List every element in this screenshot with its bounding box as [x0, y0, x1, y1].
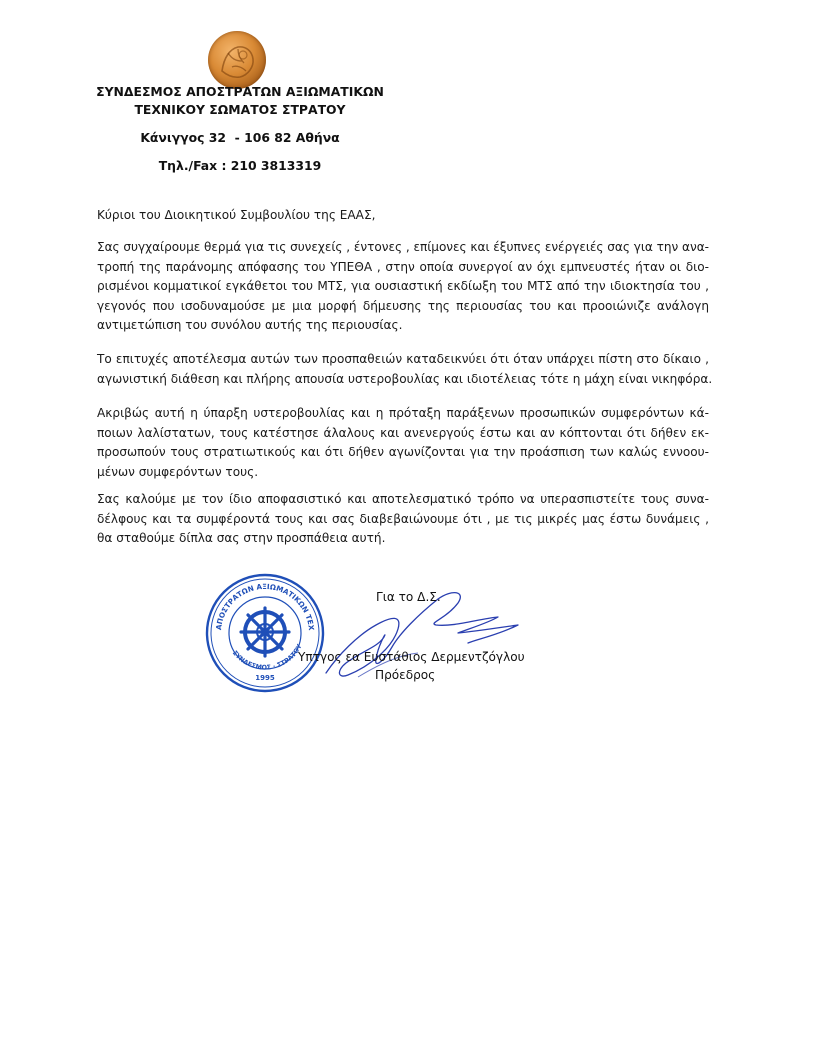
- paragraph-line: τροπή της παράνομης απόφασης του ΥΠΕΘΑ ,…: [97, 258, 709, 278]
- signatory-title: Πρόεδρος: [375, 668, 435, 682]
- gold-medallion-emblem-icon: [208, 31, 266, 89]
- paragraph-line: θα σταθούμε δίπλα σας στην προσπάθεια αυ…: [97, 529, 709, 549]
- letter-paragraph-1: Σας συγχαίρουμε θερμά για τις συνεχείς ,…: [97, 238, 709, 336]
- letter-greeting: Κύριοι του Διοικητικού Συμβουλίου της ΕΑ…: [97, 206, 709, 226]
- paragraph-line: μένων συμφερόντων τους.: [97, 463, 709, 483]
- letter-paragraph-4: Σας καλούμε με τον ίδιο αποφασιστικό και…: [97, 490, 709, 549]
- paragraph-line: αγωνιστική διάθεση και πλήρης απουσία υσ…: [97, 370, 709, 390]
- paragraph-line: προσωπούν τους στρατιωτικούς και ότι δήθ…: [97, 443, 709, 463]
- signatory-name: Υπτγος εα Ευστάθιος Δερμεντζόγλου: [298, 650, 525, 664]
- organization-address: Κάνιγγος 32 - 106 82 Αθήνα: [80, 130, 400, 145]
- paragraph-line: ποιων λαλίστατων, τους κατέστησε άλαλους…: [97, 424, 709, 444]
- paragraph-line: Ακριβώς αυτή η ύπαρξη υστεροβουλίας και …: [97, 404, 709, 424]
- paragraph-line: ρισμένοι κομματικοί εγκάθετοι του ΜΤΣ, γ…: [97, 277, 709, 297]
- organization-name-line1: ΣΥΝΔΕΣΜΟΣ ΑΠΟΣΤΡΑΤΩΝ ΑΞΙΩΜΑΤΙΚΩΝ: [80, 84, 400, 99]
- letter-paragraph-2: Το επιτυχές αποτέλεσμα αυτών των προσπαθ…: [97, 350, 709, 389]
- letter-page: ΣΥΝΔΕΣΜΟΣ ΑΠΟΣΤΡΑΤΩΝ ΑΞΙΩΜΑΤΙΚΩΝ ΤΕΧΝΙΚΟ…: [0, 0, 816, 1056]
- paragraph-line: αντιμετώπιση του συνόλου αυτής της περιο…: [97, 316, 709, 336]
- svg-text:ΣΥΝΔΕΣΜΟΣ · ΣΤΡΑΤΟΥ: ΣΥΝΔΕΣΜΟΣ · ΣΤΡΑΤΟΥ: [231, 643, 304, 672]
- paragraph-line: δέλφους και τα συμφέροντά τους και σας δ…: [97, 510, 709, 530]
- organization-phone: Τηλ./Fax : 210 3813319: [80, 158, 400, 173]
- paragraph-line: Σας καλούμε με τον ίδιο αποφασιστικό και…: [97, 490, 709, 510]
- paragraph-line: Το επιτυχές αποτέλεσμα αυτών των προσπαθ…: [97, 350, 709, 370]
- signature-on-behalf: Για το Δ.Σ.: [376, 590, 441, 604]
- svg-text:1995: 1995: [255, 674, 275, 682]
- letter-paragraph-3: Ακριβώς αυτή η ύπαρξη υστεροβουλίας και …: [97, 404, 709, 482]
- paragraph-line: Σας συγχαίρουμε θερμά για τις συνεχείς ,…: [97, 238, 709, 258]
- organization-name-line2: ΤΕΧΝΙΚΟΥ ΣΩΜΑΤΟΣ ΣΤΡΑΤΟΥ: [80, 102, 400, 117]
- round-association-stamp-icon: ΑΠΟΣΤΡΑΤΩΝ ΑΞΙΩΜΑΤΙΚΩΝ ΤΕΧΝΙΚΟΥ ΣΩΜΑΤΟΣ …: [203, 572, 327, 694]
- paragraph-line: γεγονός που ισοδυναμούσε με μια μορφή δή…: [97, 297, 709, 317]
